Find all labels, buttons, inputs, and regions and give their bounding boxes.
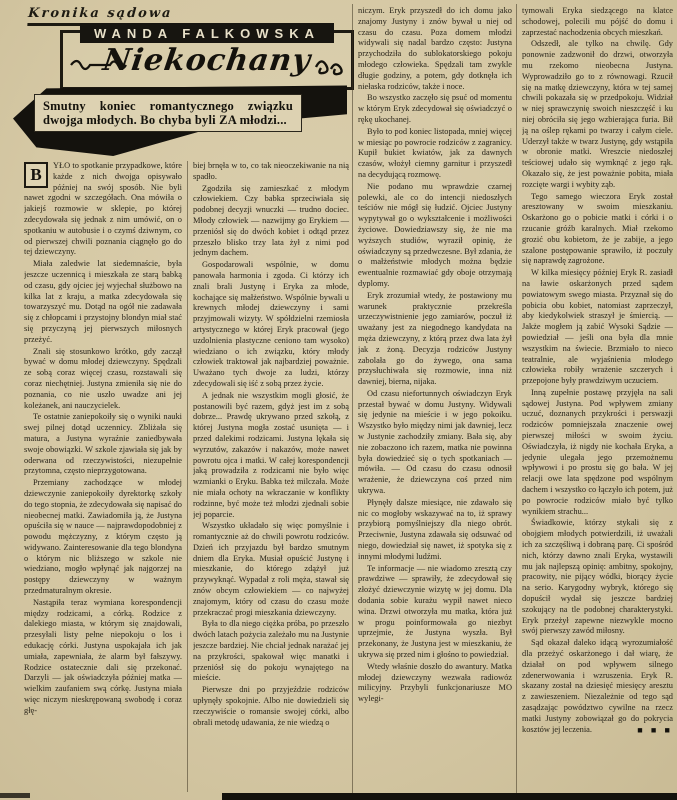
paragraph: biej brnęła w to, co tak nieoczekiwanie … — [193, 161, 349, 183]
paragraph: Pierwsze dni po przyjeździe rodziców upł… — [193, 685, 349, 728]
paragraph: Była to dla niego ciężka próba, po przes… — [193, 619, 349, 684]
author-banner: WANDA FALKOWSKA — [80, 23, 334, 43]
drop-cap: B — [24, 162, 48, 188]
paragraph: Inną zupełnie postawę przyjęła na sali s… — [522, 388, 673, 518]
column-divider — [352, 4, 353, 794]
paragraph: Przemiany zachodzące w młodej dziewczyni… — [24, 478, 182, 597]
paragraph: Sąd okazał daleko idącą wyrozumiałość dl… — [522, 638, 673, 735]
paragraph: Te informacje — nie wiadomo zresztą czy … — [358, 564, 512, 661]
paragraph: W kilka miesięcy później Eryk R. zasiadł… — [522, 268, 673, 387]
article-column-1: BYŁO to spotkanie przypadkowe, które każ… — [24, 161, 182, 792]
paragraph: Od czasu niefortunnych oświadczyn Eryk p… — [358, 389, 512, 497]
paragraph: Nastąpiła teraz wymiana korespondencji m… — [24, 598, 182, 717]
paragraph: Te ostatnie zaniepokoiły się o wyniki na… — [24, 412, 182, 477]
scribble-right-icon — [313, 55, 347, 77]
newspaper-page: { "page": { "rubric": "Kronika sądowa", … — [0, 0, 677, 800]
article-column-2: biej brnęła w to, co tak nieoczekiwanie … — [193, 161, 349, 792]
paragraph: Płynęły dalsze miesiące, nie zdawało się… — [358, 498, 512, 563]
paragraph: tymowali Eryka siedzącego na klatce scho… — [522, 6, 673, 38]
title-box: WANDA FALKOWSKA Niekochany — [60, 30, 354, 90]
paragraph: niczym. Eryk przyszedł do ich domu jako … — [358, 6, 512, 92]
end-mark: ■ ■ ■ — [628, 725, 673, 736]
column-divider — [516, 4, 517, 794]
paragraph: Było to pod koniec listopada, mniej więc… — [358, 127, 512, 181]
paragraph: Eryk zrozumiał wtedy, że postawiony mu w… — [358, 291, 512, 388]
subtitle-box: Smutny koniec romantycznego związku dwoj… — [34, 94, 302, 132]
article-title: Niekochany — [61, 43, 354, 78]
bottom-rule-left — [0, 793, 30, 798]
article-subtitle: Smutny koniec romantycznego związku dwoj… — [43, 99, 293, 128]
paragraph: Nie podano mu wprawdzie czarnej polewki,… — [358, 182, 512, 290]
paragraph: Wtedy właśnie doszło do awantury. Matka … — [358, 662, 512, 705]
paragraph: Odszedł, ale tylko na chwilę. Gdy ponown… — [522, 39, 673, 190]
paragraph: BYŁO to spotkanie przypadkowe, które każ… — [24, 161, 182, 258]
paragraph: Gospodarowali wspólnie, w domu panowała … — [193, 260, 349, 390]
paragraph: Bo wszystko zaczęło się psuć od momentu … — [358, 93, 512, 125]
paragraph: Wszystko układało się więc pomyślnie i r… — [193, 521, 349, 618]
paragraph: Znali się stosunkowo krótko, gdy zaczął … — [24, 347, 182, 412]
paragraph: Tego samego wieczora Eryk został areszto… — [522, 192, 673, 268]
bottom-rule — [222, 793, 677, 800]
article-column-3: niczym. Eryk przyszedł do ich domu jako … — [358, 6, 512, 792]
paragraph: A jednak nie wszystkim mogli głosić, że … — [193, 391, 349, 521]
paragraph: Miała zaledwie lat siedemnaście, była je… — [24, 259, 182, 345]
paragraph: Zgodziła się zamieszkać z młodym człowie… — [193, 184, 349, 260]
article-column-4: tymowali Eryka siedzącego na klatce scho… — [522, 6, 673, 792]
column-divider — [187, 161, 188, 792]
paragraph: Świadkowie, którzy stykali się z obojgie… — [522, 518, 673, 637]
